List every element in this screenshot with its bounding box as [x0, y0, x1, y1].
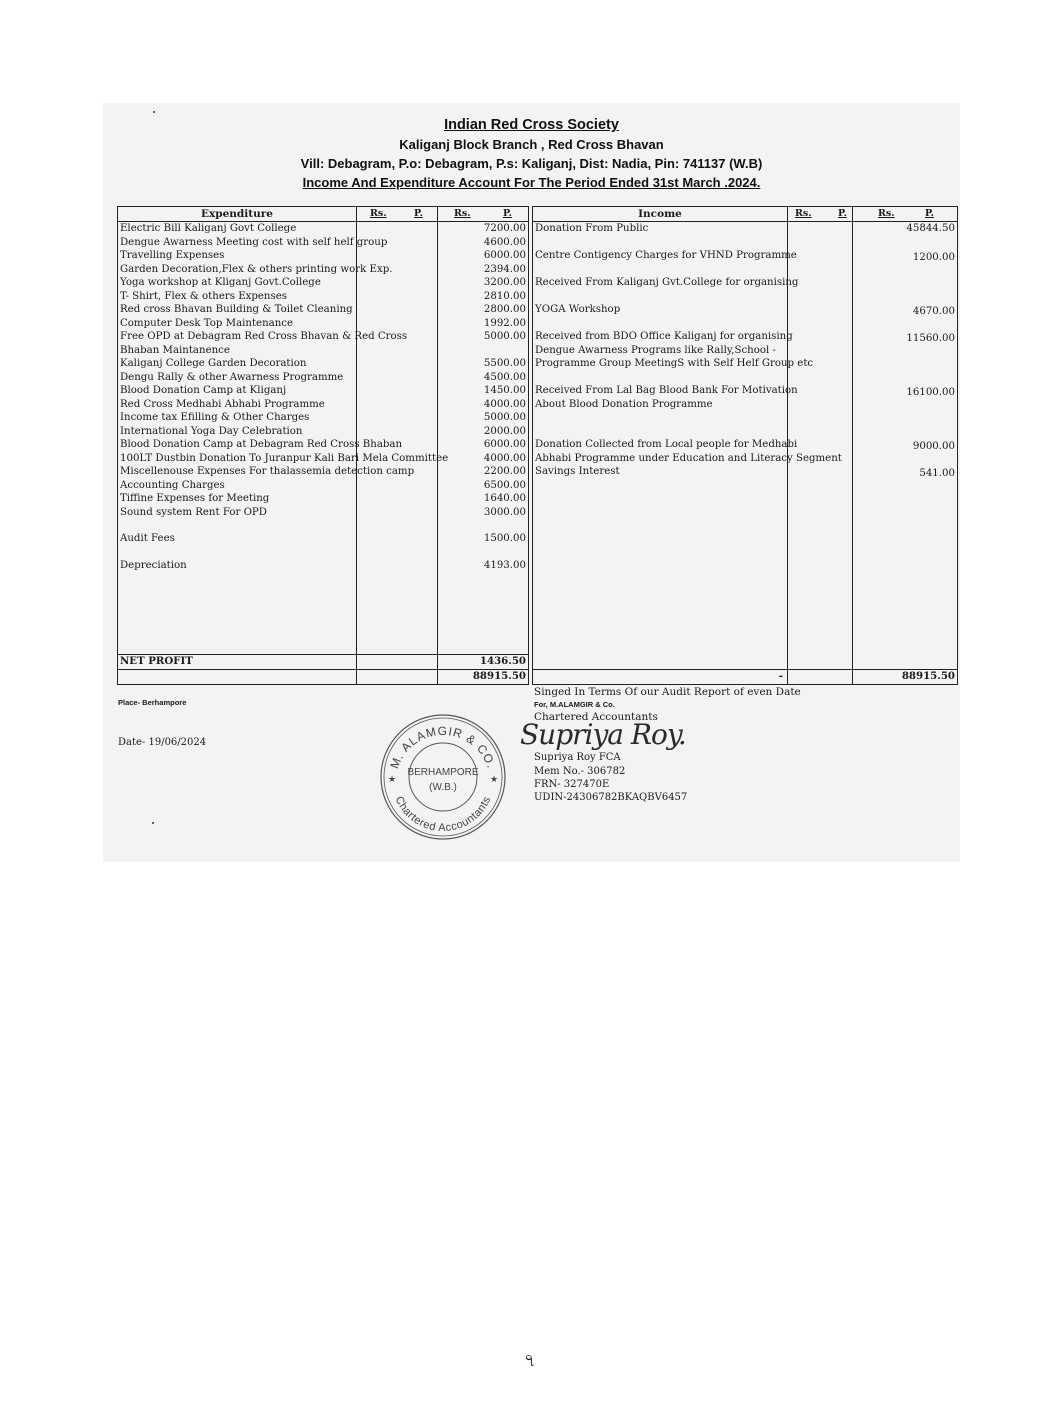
col-rs: Rs. [370, 207, 387, 222]
signatory-name: Supriya Roy FCA [534, 752, 621, 763]
expenditure-heading: Expenditure [118, 207, 356, 222]
svg-text:★: ★ [490, 775, 498, 785]
expenditure-item-amount: 2810.00 [440, 290, 526, 304]
expenditure-item-amount: 2394.00 [440, 263, 526, 277]
expenditure-item-amount: 2800.00 [440, 303, 526, 317]
income-table: Income Rs. P. Rs. P. Donation From Publi… [532, 206, 958, 685]
auditor-firm: For, M.ALAMGIR & Co. [534, 700, 615, 709]
membership-number: Mem No.- 306782 [534, 766, 625, 777]
income-item-label: Received From Kaliganj Gvt.College for o… [535, 276, 798, 290]
expenditure-item-label: Income tax Efilling & Other Charges [120, 411, 309, 425]
expenditure-item-label: Dengu Rally & other Awarness Programme [120, 371, 343, 385]
auditor-stamp-icon: M. ALAMGIR & CO. Chartered Accountants ★… [378, 712, 508, 842]
expenditure-item-amount: 4193.00 [440, 559, 526, 573]
expenditure-item-label: Tiffine Expenses for Meeting [120, 492, 269, 506]
income-item-amount: 16100.00 [855, 386, 955, 400]
expenditure-total: 88915.50 [440, 669, 526, 683]
column-rule-segment [787, 289, 788, 329]
column-rule-segment [787, 235, 788, 255]
column-rule-segment [356, 478, 357, 658]
income-item-label: Received from BDO Office Kaliganj for or… [535, 330, 793, 344]
expenditure-item-amount: 4600.00 [440, 236, 526, 250]
income-item-label: Centre Contigency Charges for VHND Progr… [535, 249, 797, 263]
income-item-amount: 1200.00 [855, 251, 955, 265]
col-rs: Rs. [795, 207, 812, 222]
address: Vill: Debagram, P.o: Debagram, P.s: Kali… [103, 156, 960, 171]
column-rule-segment [356, 222, 357, 234]
expenditure-item-amount: 5000.00 [440, 330, 526, 344]
expenditure-item-label: Red cross Bhavan Building & Toilet Clean… [120, 303, 353, 317]
firm-registration-number: FRN- 327470E [534, 779, 609, 790]
col-p: P. [838, 207, 847, 222]
expenditure-item-label: International Yoga Day Celebration [120, 425, 303, 439]
svg-text:BERHAMPORE: BERHAMPORE [407, 767, 478, 778]
income-item-label: Donation From Public [535, 222, 648, 236]
column-divider [852, 207, 853, 684]
expenditure-item-amount: 6500.00 [440, 479, 526, 493]
expenditure-item-label: Computer Desk Top Maintenance [120, 317, 293, 331]
income-total: 88915.50 [855, 669, 955, 683]
expenditure-item-label: Travelling Expenses [120, 249, 224, 263]
expenditure-item-label: Blood Donation Camp at Debagram Red Cros… [120, 438, 402, 452]
date: Date- 19/06/2024 [118, 737, 206, 748]
income-item-label: Programme Group MeetingS with Self Helf … [535, 357, 813, 371]
column-rule-segment [356, 343, 357, 443]
col-p: P. [925, 207, 934, 222]
income-total-dash: - [733, 669, 783, 683]
income-item-amount: 4670.00 [855, 305, 955, 319]
expenditure-item-label: 100LT Dustbin Donation To Juranpur Kali … [120, 452, 448, 466]
statement-title: Income And Expenditure Account For The P… [103, 175, 960, 190]
expenditure-item-amount: 4000.00 [440, 452, 526, 466]
page-number: ৭ [524, 1346, 536, 1377]
expenditure-item-label: Blood Donation Camp at Kliganj [120, 384, 286, 398]
expenditure-item-label: Free OPD at Debagram Red Cross Bhavan & … [120, 330, 407, 344]
col-rs: Rs. [454, 207, 471, 222]
expenditure-item-label: Dengue Awarness Meeting cost with self h… [120, 236, 387, 250]
svg-text:★: ★ [388, 775, 396, 785]
expenditure-item-amount: 3000.00 [440, 506, 526, 520]
scan-speck [152, 822, 154, 824]
expenditure-item-amount: 4500.00 [440, 371, 526, 385]
expenditure-item-amount: 4000.00 [440, 398, 526, 412]
expenditure-item-amount: 2200.00 [440, 465, 526, 479]
expenditure-item-amount: 1450.00 [440, 384, 526, 398]
svg-text:(W.B.): (W.B.) [429, 782, 457, 793]
income-item-label: Donation Collected from Local people for… [535, 438, 797, 452]
expenditure-item-amount: 1640.00 [440, 492, 526, 506]
column-rule-segment [787, 357, 788, 387]
org-title: Indian Red Cross Society [103, 117, 960, 133]
column-rule-segment [356, 249, 357, 261]
udin: UDIN-24306782BKAQBV6457 [534, 792, 687, 803]
income-item-label: Abhabi Programme under Education and Lit… [535, 452, 842, 466]
expenditure-item-amount: 3200.00 [440, 276, 526, 290]
expenditure-item-amount: 1992.00 [440, 317, 526, 331]
income-item-label: Received From Lal Bag Blood Bank For Mot… [535, 384, 798, 398]
signature: Supriya Roy. [520, 718, 686, 751]
net-profit-label: NET PROFIT [120, 654, 193, 668]
expenditure-item-label: Electric Bill Kaliganj Govt College [120, 222, 296, 236]
expenditure-table: Expenditure Rs. P. Rs. P. Electric Bill … [117, 206, 529, 685]
expenditure-item-label: T- Shirt, Flex & others Expenses [120, 290, 287, 304]
income-item-amount: 11560.00 [855, 332, 955, 346]
income-heading: Income [533, 207, 787, 222]
income-item-label: YOGA Workshop [535, 303, 620, 317]
expenditure-item-label: Red Cross Medhabi Abhabi Programme [120, 398, 325, 412]
expenditure-item-label: Garden Decoration,Flex & others printing… [120, 263, 392, 277]
net-profit-amount: 1436.50 [440, 654, 526, 668]
branch-name: Kaliganj Block Branch , Red Cross Bhavan [103, 137, 960, 152]
expenditure-item-amount: 7200.00 [440, 222, 526, 236]
column-rule-segment [787, 411, 788, 521]
expenditure-item-label: Depreciation [120, 559, 187, 573]
expenditure-item-label: Bhaban Maintanence [120, 344, 230, 358]
expenditure-item-amount: 2000.00 [440, 425, 526, 439]
expenditure-item-amount: 6000.00 [440, 438, 526, 452]
column-divider [437, 207, 438, 684]
signed-note: Singed In Terms Of our Audit Report of e… [534, 686, 801, 698]
expenditure-item-amount: 1500.00 [440, 532, 526, 546]
expenditure-item-amount: 5000.00 [440, 411, 526, 425]
expenditure-item-label: Miscellenouse Expenses For thalassemia d… [120, 465, 414, 479]
expenditure-item-label: Sound system Rent For OPD [120, 506, 267, 520]
col-rs: Rs. [878, 207, 895, 222]
expenditure-item-label: Kaliganj College Garden Decoration [120, 357, 306, 371]
place: Place- Berhampore [118, 698, 186, 707]
col-p: P. [414, 207, 423, 222]
income-item-amount: 9000.00 [855, 440, 955, 454]
expenditure-item-label: Accounting Charges [120, 479, 225, 493]
income-item-label: Savings Interest [535, 465, 620, 479]
income-item-label: About Blood Donation Programme [535, 398, 713, 412]
expenditure-item-label: Audit Fees [120, 532, 175, 546]
income-item-label: Dengue Awarness Programs like Rally,Scho… [535, 344, 776, 358]
expenditure-item-label: Yoga workshop at Kliganj Govt.College [120, 276, 321, 290]
svg-text:M. ALAMGIR & CO.: M. ALAMGIR & CO. [387, 724, 499, 771]
income-item-amount: 541.00 [855, 467, 955, 481]
expenditure-item-amount: 6000.00 [440, 249, 526, 263]
expenditure-item-amount: 5500.00 [440, 357, 526, 371]
col-p: P. [503, 207, 512, 222]
income-item-amount: 45844.50 [855, 222, 955, 236]
scan-speck [153, 111, 155, 113]
